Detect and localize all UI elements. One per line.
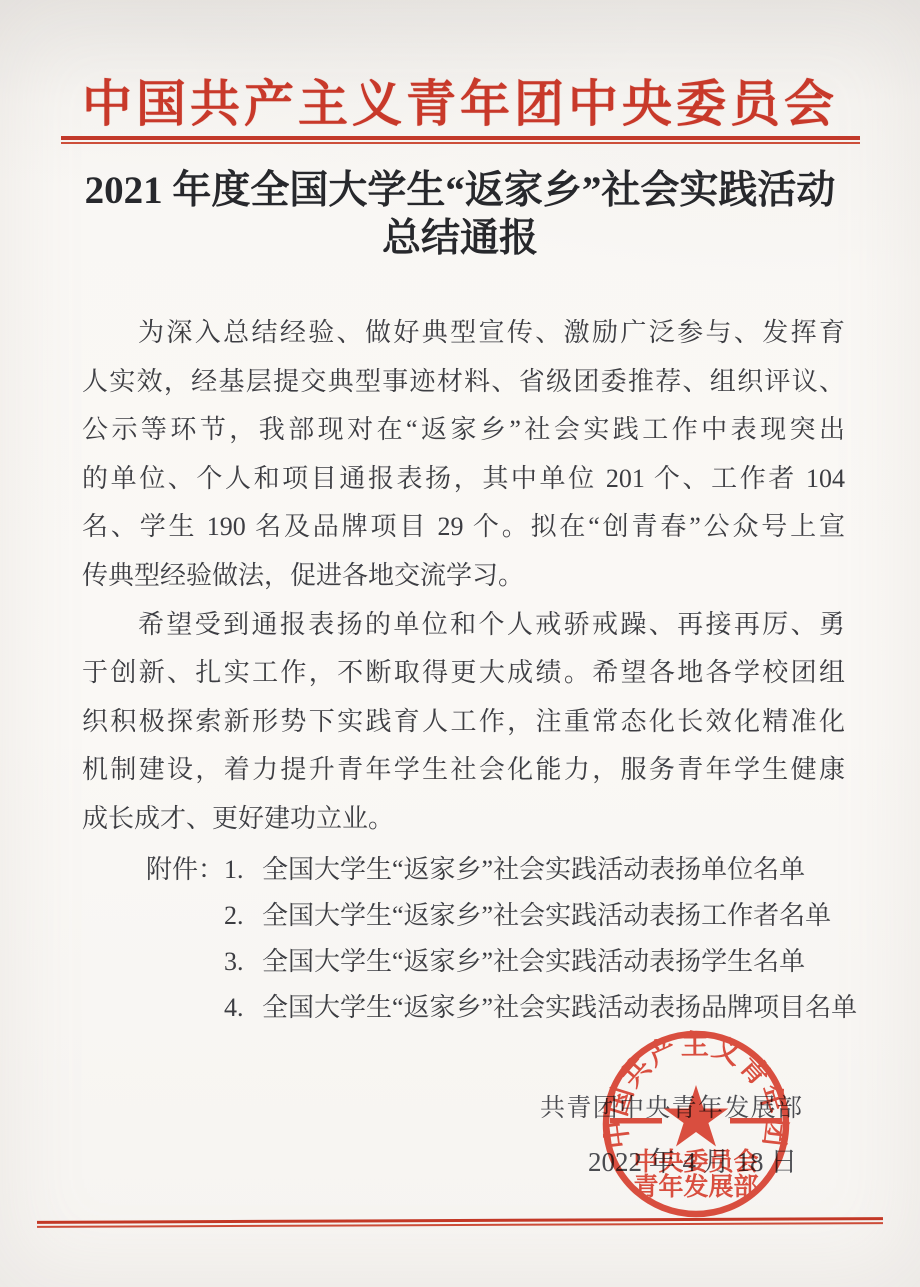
attachments-list: 附件：1.全国大学生“返家乡”社会实践活动表扬单位名单 2.全国大学生“返家乡”… [146,847,856,1031]
letterhead-divider [61,136,860,144]
attachments-label: 附件： [146,847,224,893]
attachment-text: 全国大学生“返家乡”社会实践活动表扬单位名单 [262,855,805,884]
attachment-number: 1. [224,847,262,893]
document-title: 2021 年度全国大学生“返家乡”社会实践活动 总结通报 [0,167,920,263]
document-page: 中国共产主义青年团中央委员会 2021 年度全国大学生“返家乡”社会实践活动 总… [0,0,920,1287]
attachment-item: 附件：1.全国大学生“返家乡”社会实践活动表扬单位名单 [146,847,856,893]
body-line: 成长成才、更好建功立业。 [82,795,845,844]
letterhead-divider-thick-line [61,136,860,140]
body-line: 希望受到通报表扬的单位和个人戒骄戒躁、再接再厉、勇 [82,601,845,650]
body-line: 名、学生 190 名及品牌项目 29 个。拟在“创青春”公众号上宣 [82,503,845,552]
body-line: 为深入总结经验、做好典型宣传、激励广泛参与、发挥育 [82,309,845,358]
attachment-item: 3.全国大学生“返家乡”社会实践活动表扬学生名单 [146,939,856,985]
seal-caption-line2: 青年发展部 [633,1172,758,1201]
body-line: 于创新、扎实工作，不断取得更大成绩。希望各地各学校团组 [82,649,845,698]
attachment-number: 3. [224,939,262,985]
attachment-text: 全国大学生“返家乡”社会实践活动表扬工作者名单 [262,901,831,930]
letterhead-divider-thin-line [61,142,860,144]
document-title-line2: 总结通报 [0,215,920,263]
letterhead-org-name: 中国共产主义青年团中央委员会 [0,64,920,136]
body-line: 的单位、个人和项目通报表扬，其中单位 201 个、工作者 104 [82,455,845,504]
body-line: 织积极探索新形势下实践育人工作，注重常态化长效化精准化 [82,698,845,747]
body-line: 公示等环节，我部现对在“返家乡”社会实践工作中表现突出 [82,406,845,455]
body-line: 机制建设，着力提升青年学生社会化能力，服务青年学生健康 [82,746,845,795]
official-seal: 中国共产主义青年团 中央委员会 青年发展部 [596,1022,796,1228]
seal-left-bar [610,1118,662,1124]
document-title-line1: 2021 年度全国大学生“返家乡”社会实践活动 [0,167,920,215]
attachment-text: 全国大学生“返家乡”社会实践活动表扬品牌项目名单 [262,993,857,1022]
attachment-number: 4. [224,985,262,1031]
seal-right-bar [730,1118,782,1124]
attachment-text: 全国大学生“返家乡”社会实践活动表扬学生名单 [262,947,805,976]
attachment-number: 2. [224,893,262,939]
seal-star-icon [664,1085,729,1147]
body-line: 传典型经验做法，促进各地交流学习。 [82,552,845,601]
seal-caption-line1: 中央委员会 [633,1147,758,1176]
body-line: 人实效，经基层提交典型事迹材料、省级团委推荐、组织评议、 [82,358,845,407]
attachment-item: 2.全国大学生“返家乡”社会实践活动表扬工作者名单 [146,893,856,939]
document-body: 为深入总结经验、做好典型宣传、激励广泛参与、发挥育 人实效，经基层提交典型事迹材… [82,309,845,844]
